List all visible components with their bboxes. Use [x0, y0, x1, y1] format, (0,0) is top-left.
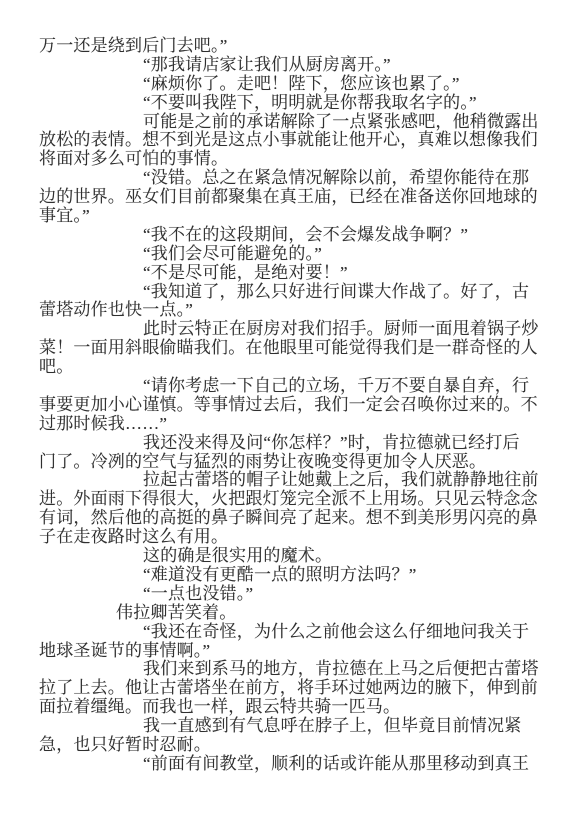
text-line: 吧。 — [39, 358, 545, 377]
text-line: 放松的表情。想不到光是这点小事就能让他开心，真难以想像我们 — [39, 131, 545, 150]
text-line: “我知道了，那么只好进行间谍大作战了。好了，古 — [143, 283, 545, 302]
text-line: 拉了上去。他让古蕾塔坐在前方，将手环过她两边的腋下，伸到前 — [39, 679, 545, 698]
text-line: 急，也只好暂时忍耐。 — [39, 736, 545, 755]
text-line: “不是尽可能，是绝对要！” — [143, 264, 545, 283]
text-line: 这的确是很实用的魔术。 — [143, 547, 545, 566]
page: 万一还是绕到后门去吧。”“那我请店家让我们从厨房离开。”“麻烦你了。走吧！陛下，… — [0, 0, 583, 828]
text-line: “不要叫我陛下，明明就是你帮我取名字的。” — [143, 94, 545, 113]
text-line: “没错。总之在紧急情况解除以前，希望你能待在那 — [143, 169, 545, 188]
text-line: 过那时候我……” — [39, 415, 545, 434]
text-line: 此时云特正在厨房对我们招手。厨师一面甩着锅子炒 — [143, 320, 545, 339]
text-line: 蕾塔动作也快一点。” — [39, 301, 545, 320]
text-line: 进。外面雨下得很大，火把跟灯笼完全派不上用场。只见云特念念 — [39, 490, 545, 509]
text-block: 万一还是绕到后门去吧。”“那我请店家让我们从厨房离开。”“麻烦你了。走吧！陛下，… — [39, 37, 545, 774]
text-line: 菜！一面用斜眼偷瞄我们。在他眼里可能觉得我们是一群奇怪的人 — [39, 339, 545, 358]
text-line: 门了。冷冽的空气与猛烈的雨势让夜晚变得更加令人厌恶。 — [39, 453, 545, 472]
text-line: “难道没有更酷一点的照明方法吗？” — [143, 566, 545, 585]
text-line: “麻烦你了。走吧！陛下，您应该也累了。” — [143, 75, 545, 94]
text-line: 事宜。” — [39, 207, 545, 226]
text-line: 我还没来得及问“你怎样？”时，肯拉德就已经打后 — [143, 434, 545, 453]
text-line: 有词，然后他的高挺的鼻子瞬间亮了起来。想不到美形男闪亮的鼻 — [39, 509, 545, 528]
text-line: 事要更加小心谨慎。等事情过去后，我们一定会召唤你过来的。不 — [39, 396, 545, 415]
text-line: 拉起古蕾塔的帽子让她戴上之后，我们就静静地往前 — [143, 471, 545, 490]
text-line: “请你考虑一下自己的立场，千万不要自暴自弃，行 — [143, 377, 545, 396]
text-line: “一点也没错。” — [143, 585, 545, 604]
text-line: “我们会尽可能避免的。” — [143, 245, 545, 264]
text-line: “那我请店家让我们从厨房离开。” — [143, 56, 545, 75]
text-line: “我不在的这段期间，会不会爆发战争啊？” — [143, 226, 545, 245]
text-line: 子在走夜路时这么有用。 — [39, 528, 545, 547]
text-line: 将面对多么可怕的事情。 — [39, 150, 545, 169]
text-line: “我还在奇怪，为什么之前他会这么仔细地问我关于 — [143, 623, 545, 642]
scanned-novel-page: { "page": { "background_color": "#ffffff… — [0, 0, 583, 828]
text-line: “前面有间教堂，顺利的话或许能从那里移动到真王 — [143, 755, 545, 774]
text-line: 伟拉卿苦笑着。 — [116, 604, 545, 623]
text-line: 我一直感到有气息呼在脖子上，但毕竟目前情况紧 — [143, 717, 545, 736]
text-line: 我们来到系马的地方，肯拉德在上马之后便把古蕾塔 — [143, 660, 545, 679]
text-line: 可能是之前的承诺解除了一点紧张感吧，他稍微露出 — [143, 113, 545, 132]
text-line: 面拉着缰绳。而我也一样，跟云特共骑一匹马。 — [39, 698, 545, 717]
text-line: 地球圣诞节的事情啊。” — [39, 642, 545, 661]
text-line: 边的世界。巫女们目前都聚集在真王庙，已经在准备送你回地球的 — [39, 188, 545, 207]
text-line: 万一还是绕到后门去吧。” — [39, 37, 545, 56]
